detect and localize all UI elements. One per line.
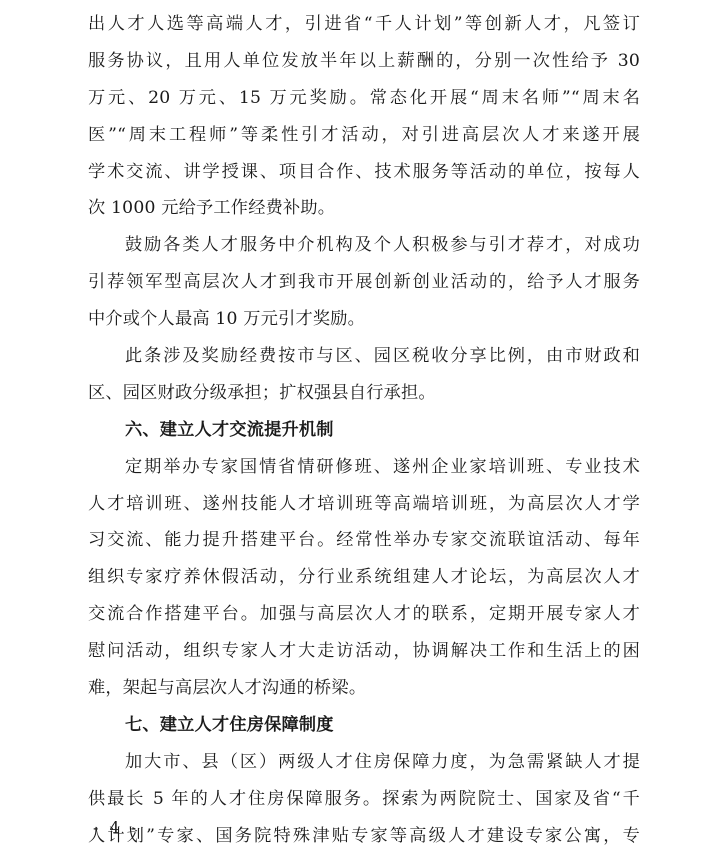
text-line: 供最长 5 年的人才住房保障服务。探索为两院院士、国家及省“千: [88, 781, 640, 818]
text-line: 交流合作搭建平台。加强与高层次人才的联系，定期开展专家人才: [88, 596, 640, 633]
text-line: 引荐领军型高层次人才到我市开展创新创业活动的，给予人才服务: [88, 264, 640, 301]
paragraph-start: 此条涉及奖励经费按市与区、园区税收分享比例，由市财政和: [88, 338, 640, 375]
paragraph-start: 定期举办专家国情省情研修班、遂州企业家培训班、专业技术: [88, 449, 640, 486]
text-line: 服务协议，且用人单位发放半年以上薪酬的，分别一次性给予 30: [88, 43, 640, 80]
text-line: 慰问活动，组织专家人才大走访活动，协调解决工作和生活上的困: [88, 633, 640, 670]
text-line: 难，架起与高层次人才沟通的桥梁。: [88, 670, 640, 707]
text-line: 人才培训班、遂州技能人才培训班等高端培训班，为高层次人才学: [88, 486, 640, 523]
text-line: 区、园区财政分级承担；扩权强县自行承担。: [88, 375, 640, 412]
paragraph-start: 鼓励各类人才服务中介机构及个人积极参与引才荐才，对成功: [88, 227, 640, 264]
text-line: 学术交流、讲学授课、项目合作、技术服务等活动的单位，按每人: [88, 154, 640, 191]
text-line: 人计划”专家、国务院特殊津贴专家等高级人才建设专家公寓，专: [88, 818, 640, 855]
text-line: 医”“周末工程师”等柔性引才活动，对引进高层次人才来遂开展: [88, 117, 640, 154]
document-page: 出人才人选等高端人才，引进省“千人计划”等创新人才，凡签订 服务协议，且用人单位…: [0, 0, 711, 864]
text-line: 次 1000 元给予工作经费补助。: [88, 190, 640, 227]
text-line: 中介或个人最高 10 万元引才奖励。: [88, 301, 640, 338]
text-line: 习交流、能力提升搭建平台。经常性举办专家交流联谊活动、每年: [88, 522, 640, 559]
text-line: 组织专家疗养休假活动，分行业系统组建人才论坛，为高层次人才: [88, 559, 640, 596]
text-line: 万元、20 万元、15 万元奖励。常态化开展“周末名师”“周末名: [88, 80, 640, 117]
text-line: 出人才人选等高端人才，引进省“千人计划”等创新人才，凡签订: [88, 6, 640, 43]
document-body: 出人才人选等高端人才，引进省“千人计划”等创新人才，凡签订 服务协议，且用人单位…: [88, 6, 640, 854]
section-heading-7: 七、建立人才住房保障制度: [88, 707, 640, 744]
page-number: - 4 -: [93, 818, 139, 837]
section-heading-6: 六、建立人才交流提升机制: [88, 412, 640, 449]
paragraph-start: 加大市、县（区）两级人才住房保障力度，为急需紧缺人才提: [88, 744, 640, 781]
